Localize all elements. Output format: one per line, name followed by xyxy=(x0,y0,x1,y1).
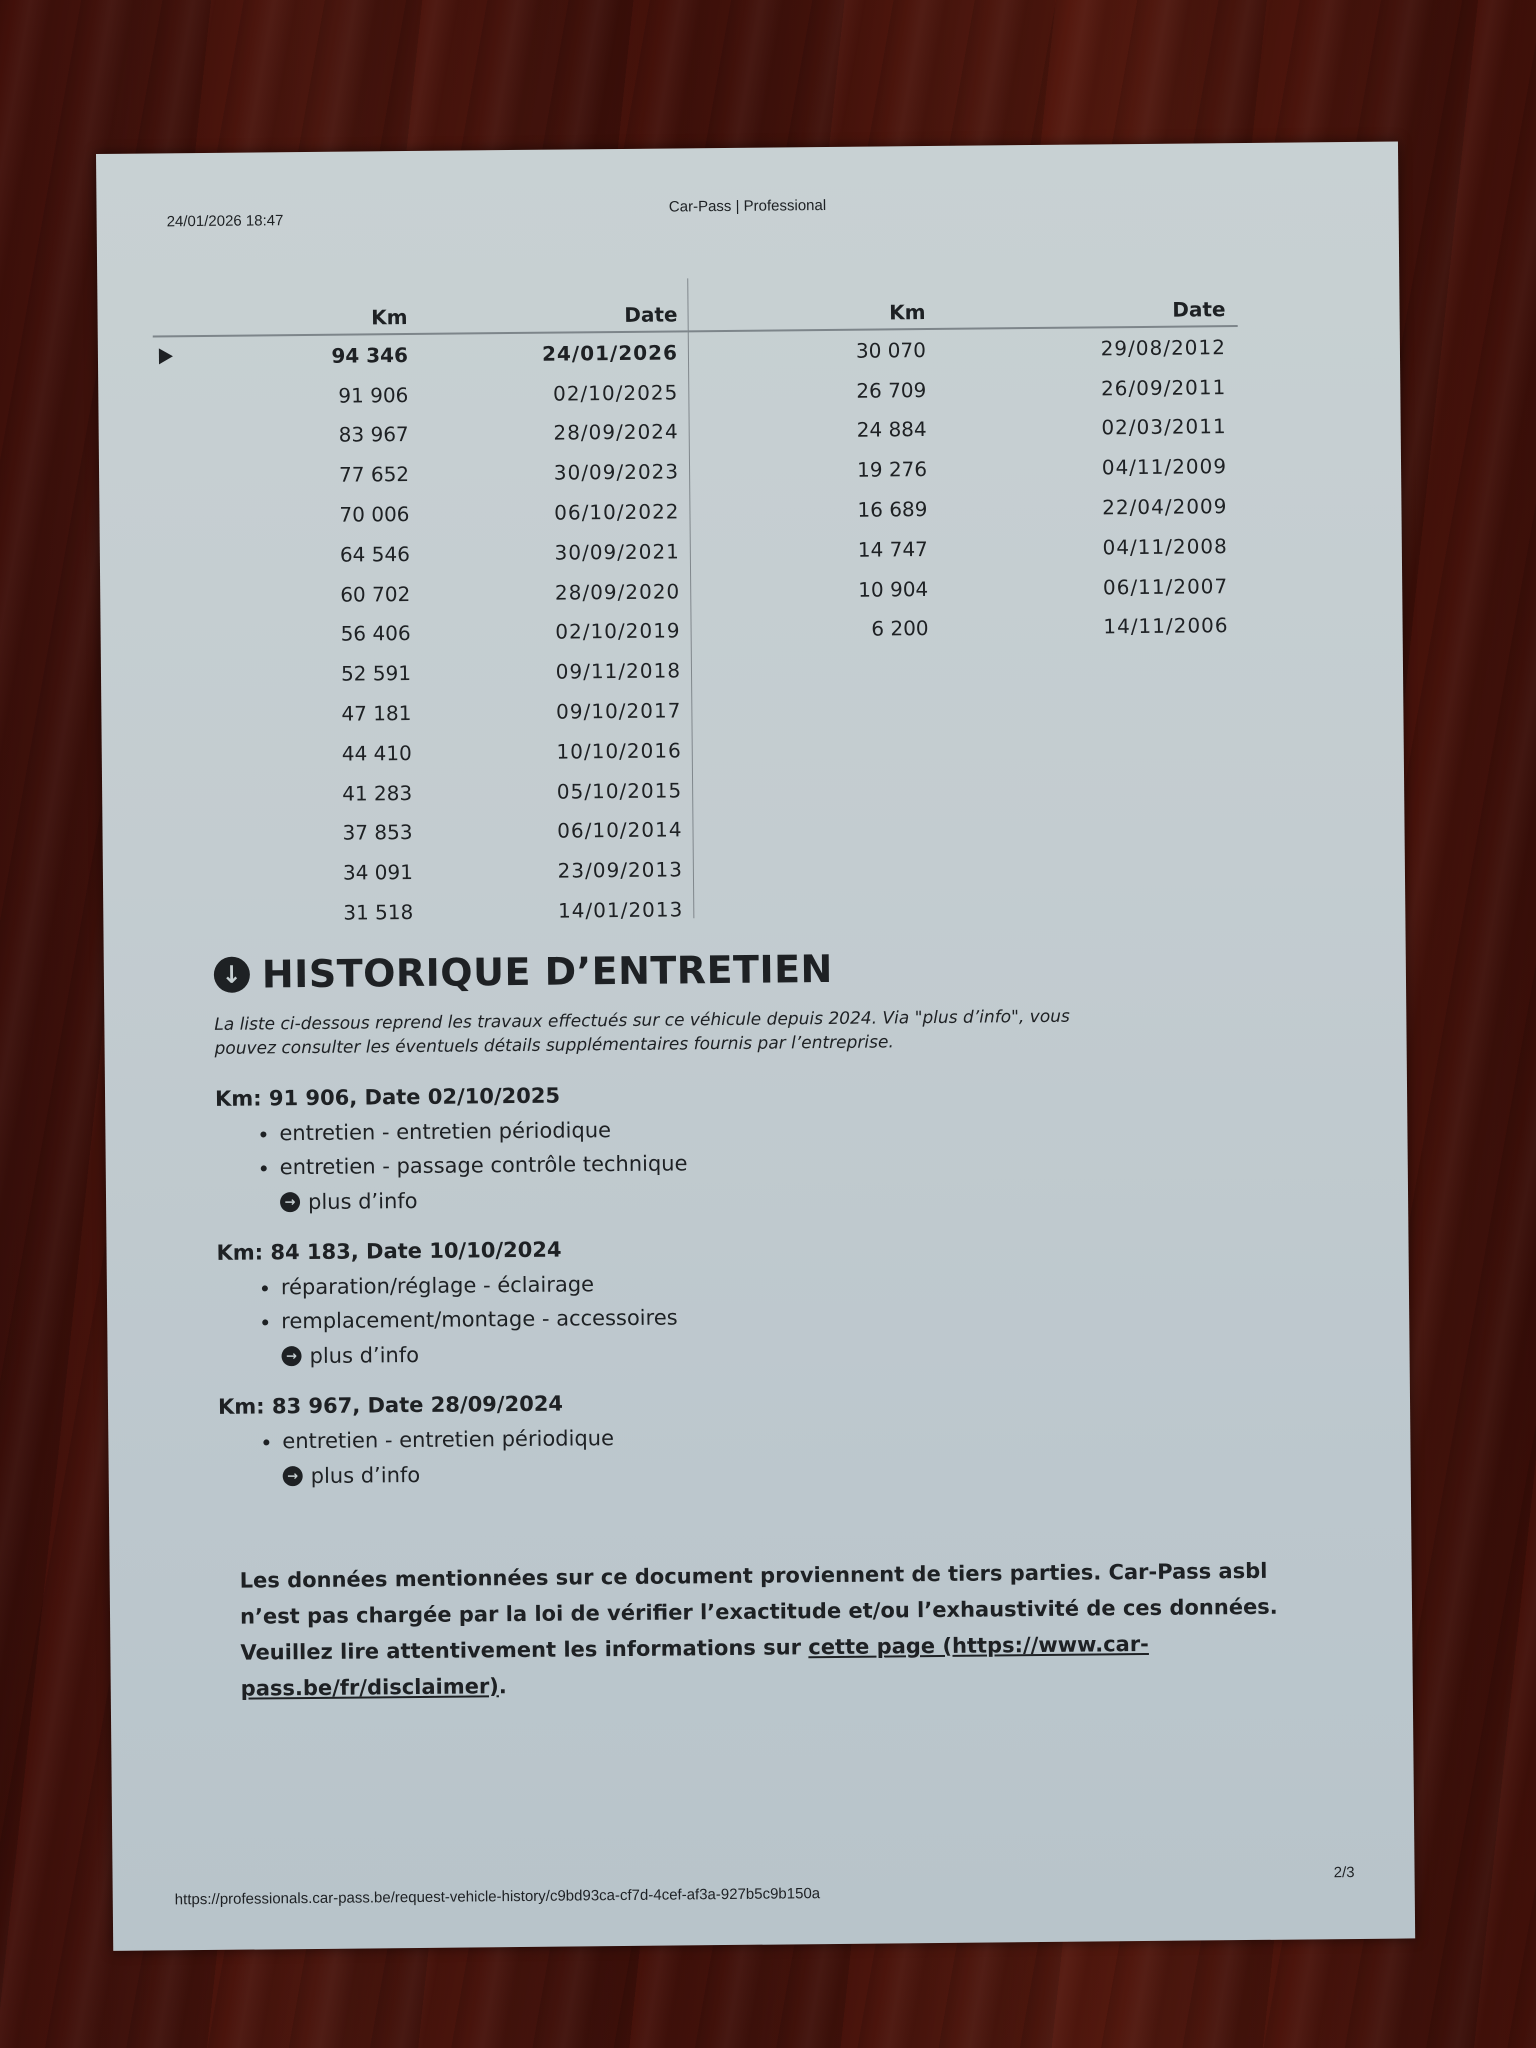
more-info-label: plus d’info xyxy=(311,1463,421,1488)
table-row: 77 65230/09/2023 xyxy=(154,452,689,497)
section-title-text: HISTORIQUE D’ENTRETIEN xyxy=(262,947,833,996)
km-cell: 16 689 xyxy=(689,497,927,523)
date-cell: 06/11/2007 xyxy=(928,574,1228,601)
column-headers: Km Date xyxy=(687,273,1237,332)
table-row: 16 68922/04/2009 xyxy=(689,486,1239,531)
date-cell: 02/10/2025 xyxy=(408,380,678,407)
date-cell: 09/11/2018 xyxy=(411,659,681,686)
page-header-title: Car-Pass | Professional xyxy=(96,191,1398,220)
km-cell: 91 906 xyxy=(153,383,408,409)
km-cell: 56 406 xyxy=(156,621,411,647)
more-info-label: plus d’info xyxy=(308,1189,418,1214)
date-cell: 06/10/2022 xyxy=(409,499,679,526)
entry-title: Km: 84 183, Date 10/10/2024 xyxy=(216,1230,1316,1265)
table-row: 91 90602/10/2025 xyxy=(153,372,688,417)
table-row: 14 74704/11/2008 xyxy=(690,526,1240,571)
page-number: 2/3 xyxy=(1334,1864,1355,1881)
more-info-link[interactable]: →plus d’info xyxy=(280,1180,1316,1214)
km-cell: 70 006 xyxy=(154,502,409,528)
date-cell: 04/11/2009 xyxy=(927,454,1227,481)
entry-items: entretien - entretien périodiqueentretie… xyxy=(215,1106,1316,1185)
header-date: Date xyxy=(407,302,677,329)
arrow-circle-right-icon: → xyxy=(281,1346,301,1366)
date-cell: 02/10/2019 xyxy=(411,619,681,646)
km-cell: 19 276 xyxy=(689,457,927,483)
km-cell: 26 709 xyxy=(688,378,926,404)
date-cell: 24/01/2026 xyxy=(408,340,678,367)
table-row: 64 54630/09/2021 xyxy=(155,531,690,576)
date-cell: 10/10/2016 xyxy=(412,738,682,765)
list-item: entretien - entretien périodique xyxy=(282,1414,1318,1458)
table-row: 34 09123/09/2013 xyxy=(158,850,693,895)
printed-page: 24/01/2026 18:47 Car-Pass | Professional… xyxy=(96,142,1415,1951)
arrow-circle-right-icon: → xyxy=(283,1466,303,1486)
more-info-label: plus d’info xyxy=(309,1343,419,1368)
header-km: Km xyxy=(152,305,407,331)
header-km: Km xyxy=(687,300,925,326)
table-row: 31 51814/01/2013 xyxy=(158,889,693,934)
arrow-circle-down-icon: ↓ xyxy=(214,957,250,993)
maintenance-entry: Km: 84 183, Date 10/10/2024réparation/ré… xyxy=(216,1230,1317,1369)
km-cell: 77 652 xyxy=(154,462,409,488)
play-triangle-icon xyxy=(159,348,173,364)
km-cell: 31 518 xyxy=(158,900,413,926)
entry-title: Km: 91 906, Date 02/10/2025 xyxy=(215,1076,1315,1111)
date-cell: 02/03/2011 xyxy=(927,415,1227,442)
header-date: Date xyxy=(925,297,1225,324)
date-cell: 14/11/2006 xyxy=(928,614,1228,641)
table-row: 37 85306/10/2014 xyxy=(157,810,692,855)
date-cell: 26/09/2011 xyxy=(926,375,1226,402)
km-cell: 94 346 xyxy=(153,343,408,369)
km-cell: 14 747 xyxy=(690,537,928,563)
table-row: 47 18109/10/2017 xyxy=(156,690,691,735)
date-cell: 30/09/2021 xyxy=(410,539,680,566)
km-cell: 34 091 xyxy=(158,860,413,886)
table-row: 24 88402/03/2011 xyxy=(689,407,1239,452)
table-row: 56 40602/10/2019 xyxy=(155,611,690,656)
km-cell: 37 853 xyxy=(157,820,412,846)
km-cell: 44 410 xyxy=(157,741,412,767)
table-row: 70 00606/10/2022 xyxy=(154,492,689,537)
maintenance-history-section: ↓ HISTORIQUE D’ENTRETIEN La liste ci-des… xyxy=(214,942,1319,1489)
km-cell: 47 181 xyxy=(156,701,411,727)
more-info-link[interactable]: →plus d’info xyxy=(283,1454,1319,1488)
km-cell: 24 884 xyxy=(689,418,927,444)
maintenance-entry: Km: 91 906, Date 02/10/2025entretien - e… xyxy=(215,1076,1316,1215)
date-cell: 09/10/2017 xyxy=(411,698,681,725)
km-cell: 6 200 xyxy=(690,616,928,642)
entry-items: réparation/réglage - éclairageremplaceme… xyxy=(217,1260,1318,1339)
entry-title: Km: 83 967, Date 28/09/2024 xyxy=(218,1384,1318,1419)
odometer-column-left: Km Date 94 34624/01/202691 90602/10/2025… xyxy=(152,278,694,923)
km-cell: 64 546 xyxy=(155,542,410,568)
km-cell: 52 591 xyxy=(156,661,411,687)
table-row: 52 59109/11/2018 xyxy=(156,651,691,696)
date-cell: 28/09/2020 xyxy=(410,579,680,606)
date-cell: 14/01/2013 xyxy=(413,897,683,924)
date-cell: 04/11/2008 xyxy=(928,534,1228,561)
table-row: 60 70228/09/2020 xyxy=(155,571,690,616)
arrow-circle-right-icon: → xyxy=(280,1192,300,1212)
section-intro: La liste ci-dessous reprend les travaux … xyxy=(214,1004,1114,1061)
odometer-column-right: Km Date 30 07029/08/201226 70926/09/2011… xyxy=(687,273,1241,651)
date-cell: 23/09/2013 xyxy=(413,858,683,885)
entry-items: entretien - entretien périodique xyxy=(218,1414,1318,1459)
disclaimer-end: . xyxy=(499,1674,507,1698)
table-row: 10 90406/11/2007 xyxy=(690,566,1240,611)
km-cell: 83 967 xyxy=(154,422,409,448)
table-row: 26 70926/09/2011 xyxy=(688,367,1238,412)
date-cell: 28/09/2024 xyxy=(409,420,679,447)
section-title: ↓ HISTORIQUE D’ENTRETIEN xyxy=(214,942,1314,997)
column-headers: Km Date xyxy=(152,278,687,337)
date-cell: 29/08/2012 xyxy=(926,335,1226,362)
km-cell: 30 070 xyxy=(688,338,926,364)
table-row: 30 07029/08/2012 xyxy=(688,327,1238,372)
footer-url: https://professionals.car-pass.be/reques… xyxy=(175,1885,821,1908)
date-cell: 30/09/2023 xyxy=(409,460,679,487)
table-row: 41 28305/10/2015 xyxy=(157,770,692,815)
km-cell: 60 702 xyxy=(155,582,410,608)
table-row: 44 41010/10/2016 xyxy=(157,730,692,775)
km-cell: 41 283 xyxy=(157,781,412,807)
disclaimer: Les données mentionnées sur ce document … xyxy=(240,1553,1301,1707)
odometer-table: Km Date 94 34624/01/202691 90602/10/2025… xyxy=(152,273,1272,284)
date-cell: 05/10/2015 xyxy=(412,778,682,805)
km-cell: 10 904 xyxy=(690,577,928,603)
more-info-link[interactable]: →plus d’info xyxy=(281,1334,1317,1368)
date-cell: 22/04/2009 xyxy=(927,494,1227,521)
table-row: 83 96728/09/2024 xyxy=(154,412,689,457)
table-row: 19 27604/11/2009 xyxy=(689,446,1239,491)
date-cell: 06/10/2014 xyxy=(412,818,682,845)
maintenance-entry: Km: 83 967, Date 28/09/2024entretien - e… xyxy=(218,1384,1319,1489)
table-row: 94 34624/01/2026 xyxy=(153,332,688,377)
table-row: 6 20014/11/2006 xyxy=(690,606,1240,651)
